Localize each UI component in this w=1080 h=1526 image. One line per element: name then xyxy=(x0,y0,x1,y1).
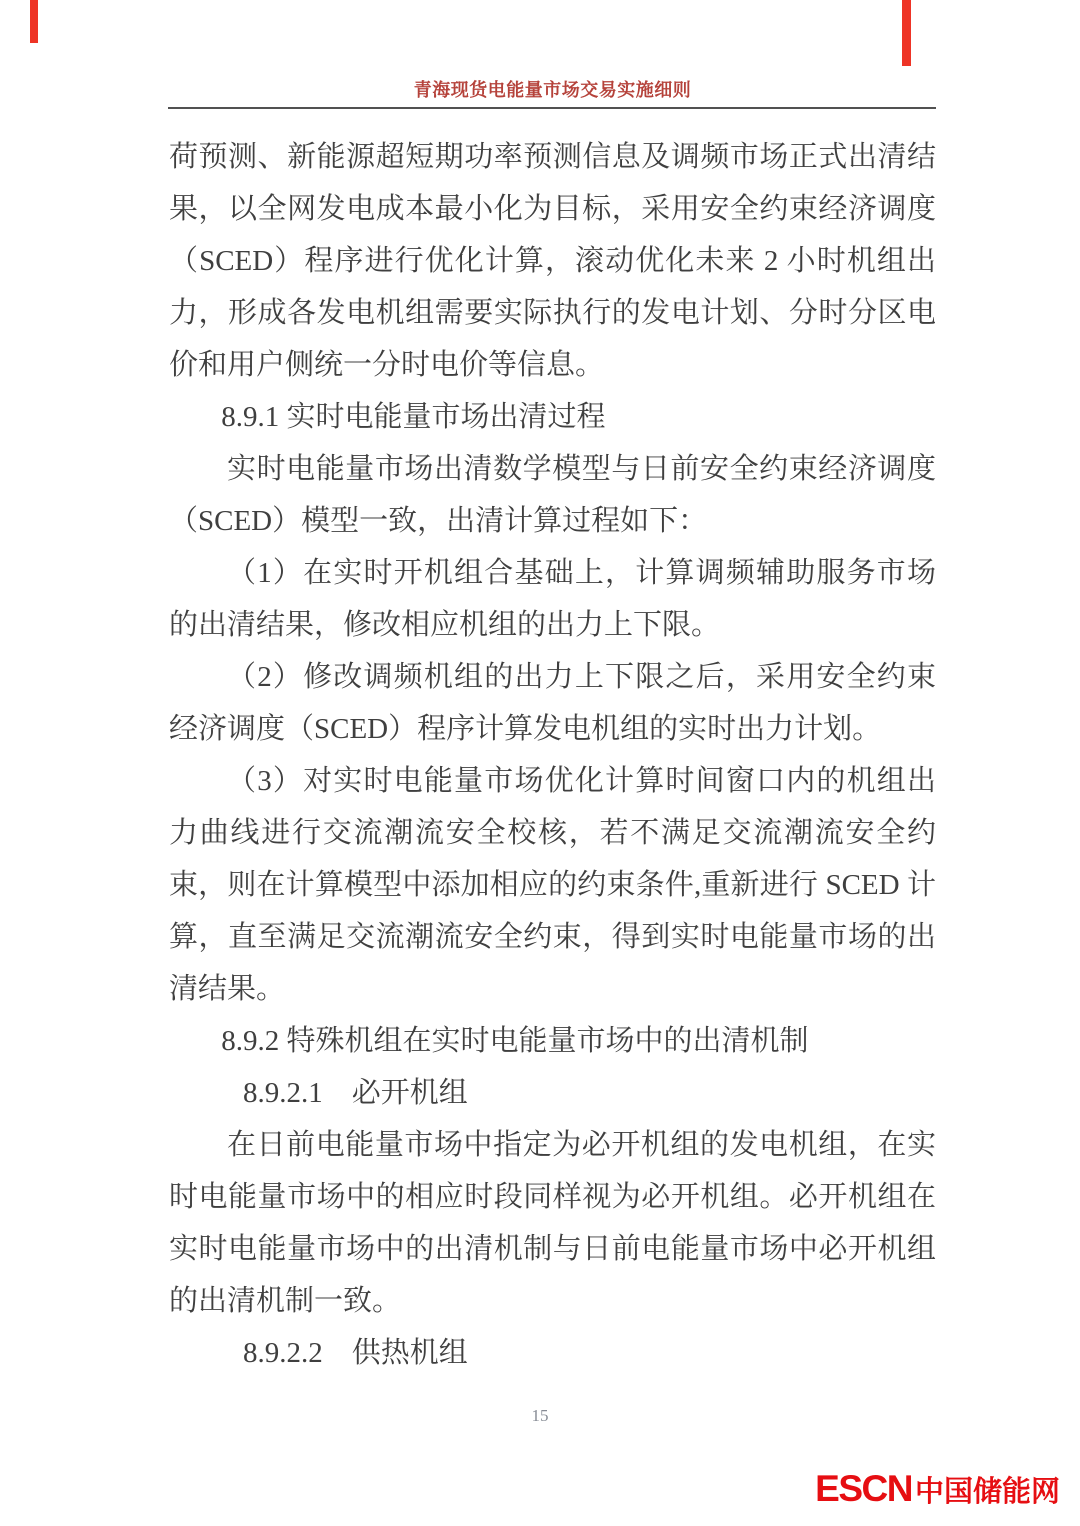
red-marker-top-left xyxy=(30,0,38,43)
document-header-title: 青海现货电能量市场交易实施细则 xyxy=(169,76,936,102)
header-rule xyxy=(168,107,936,109)
section-heading: 8.9.2.2 供热机组 xyxy=(169,1327,936,1379)
body-paragraph: 实时电能量市场出清数学模型与日前安全约束经济调度（SCED）模型一致，出清计算过… xyxy=(169,443,936,547)
body-paragraph: 荷预测、新能源超短期功率预测信息及调频市场正式出清结果，以全网发电成本最小化为目… xyxy=(169,131,936,391)
section-heading: 8.9.2 特殊机组在实时电能量市场中的出清机制 xyxy=(169,1015,936,1067)
escn-logo-text: ESCN xyxy=(815,1468,912,1510)
red-marker-top-right xyxy=(902,0,911,66)
section-heading: 8.9.2.1 必开机组 xyxy=(169,1067,936,1119)
document-body: 荷预测、新能源超短期功率预测信息及调频市场正式出清结果，以全网发电成本最小化为目… xyxy=(169,131,936,1379)
body-paragraph: （3）对实时电能量市场优化计算时间窗口内的机组出力曲线进行交流潮流安全校核，若不… xyxy=(169,755,936,1015)
page-number: 15 xyxy=(0,1406,1080,1426)
body-paragraph: （2）修改调频机组的出力上下限之后，采用安全约束经济调度（SCED）程序计算发电… xyxy=(169,651,936,755)
escn-watermark-logo: ESCN 中国储能网 xyxy=(815,1468,1060,1510)
body-paragraph: （1）在实时开机组合基础上，计算调频辅助服务市场的出清结果，修改相应机组的出力上… xyxy=(169,547,936,651)
section-heading: 8.9.1 实时电能量市场出清过程 xyxy=(169,391,936,443)
body-paragraph: 在日前电能量市场中指定为必开机组的发电机组，在实时电能量市场中的相应时段同样视为… xyxy=(169,1119,936,1327)
document-page: 青海现货电能量市场交易实施细则 荷预测、新能源超短期功率预测信息及调频市场正式出… xyxy=(0,0,1080,1526)
escn-logo-chinese-text: 中国储能网 xyxy=(915,1469,1060,1510)
